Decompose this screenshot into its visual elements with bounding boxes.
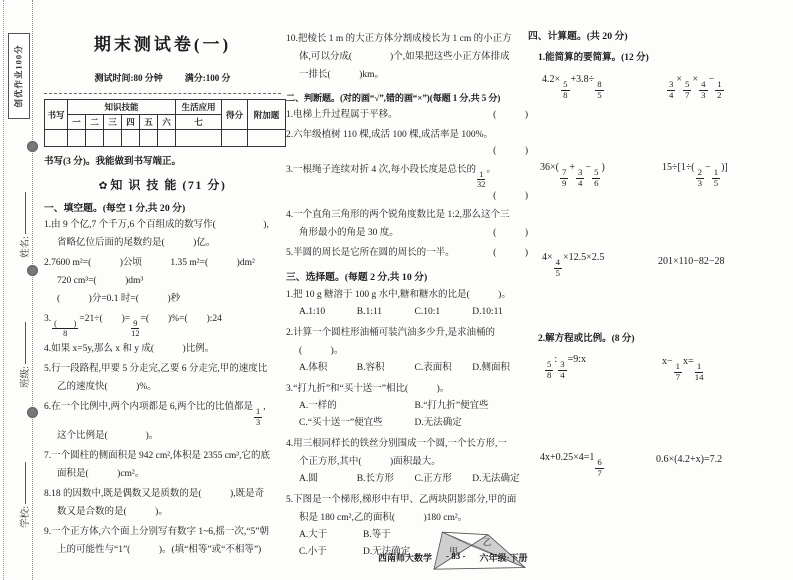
answer-paren: ( ) xyxy=(493,244,528,262)
choice-options: A.圆B.长方形C.正方形D.无法确定 xyxy=(286,471,530,488)
dashed-separator xyxy=(44,93,281,94)
fill-section-heading: 一、填空题。(每空 1 分,共 20 分) xyxy=(44,200,281,214)
judge-item: 1.电梯上升过程属于平移。( ) xyxy=(286,106,530,124)
score-table-handwriting-header: 书写 xyxy=(45,100,68,130)
choice-question: 4.用三根同样长的铁丝分别围成一个圆,一个长方形,一 个正方形,其中( )面积最… xyxy=(286,435,530,471)
answer-paren: ( ) xyxy=(493,224,528,242)
calc-expression: 0.6×(4.2+x)=7.2 xyxy=(656,454,722,465)
school-field-line xyxy=(25,462,26,504)
calc-expression: 4.2×58+3.8÷85 xyxy=(542,74,605,101)
fraction: 23 xyxy=(696,168,704,188)
fraction: 67 xyxy=(595,458,603,478)
calc-section-heading: 四、计算题。(共 20 分) xyxy=(528,28,628,42)
fraction: 132 xyxy=(477,170,485,189)
score-table: 书写 知识技能 生活应用 得分 附加题 一 二 三 四 五 六 七 xyxy=(44,99,286,147)
figure-label-yi: 乙 xyxy=(483,538,491,547)
fraction: 114 xyxy=(695,362,704,382)
calc-expression: 36×(79+34−56) xyxy=(540,162,605,189)
fill-item: 2.7600 m²=( )公顷 1.35 m²=( )dm² 720 cm³=(… xyxy=(44,254,281,308)
trapezoid-figure: 甲乙 xyxy=(429,521,530,577)
score-table-life-header: 生活应用 xyxy=(176,100,222,115)
calc-expression: x−17x=114 xyxy=(662,356,704,383)
fill-item: 3.( )8=21÷( )=912=( )%=( ):24 xyxy=(44,310,281,338)
choice-item: 5.下图是一个梯形,梯形中有甲、乙两块阴影部分,甲的面 积是 180 cm²,乙… xyxy=(286,491,530,577)
judge-item-text: 2.六年级植树 110 棵,成活 100 棵,成活率是 100%。 xyxy=(286,130,493,140)
answer-paren: ( ) xyxy=(493,106,528,124)
choice-options: A.体积B.容积C.表面积D.侧面积 xyxy=(286,360,530,377)
choice-item: 1.把 10 g 糖溶于 100 g 水中,糖和糖水的比是( )。A.1:10B… xyxy=(286,286,530,321)
choice-question: 2.计算一个圆柱形油桶可装汽油多少升,是求油桶的 ( )。 xyxy=(286,324,530,360)
fraction: 57 xyxy=(683,80,691,100)
judge-item: 5.半圆的周长是它所在圆的周长的一半。( ) xyxy=(286,244,530,262)
page-footer: 西南师大数学 - 83 - 六年级·下册 xyxy=(378,551,528,564)
score-table-empty-row xyxy=(45,130,286,147)
fill-item: 8.18 的因数中,既是偶数又是质数的是( ),既是奇 数又是合数的是( )。 xyxy=(44,485,281,521)
fraction: 56 xyxy=(592,168,600,188)
series-label-box: 创优作业100分 xyxy=(8,33,30,119)
binding-line xyxy=(32,0,33,580)
fill-item: 1.由 9 个亿,7 个千万,6 个百组成的数写作( ), 省略亿位后面的尾数约… xyxy=(44,216,281,252)
choice-option: D.侧面积 xyxy=(472,360,530,377)
calc-sub-heading-2: 2.解方程或比例。(8 分) xyxy=(538,330,635,344)
choice-option: A.体积 xyxy=(299,360,357,377)
fraction: ( )8 xyxy=(52,319,78,338)
fraction: 12 xyxy=(715,80,723,100)
choice-option: D.无法确定 xyxy=(415,415,531,432)
skills-section-banner: ✿知 识 技 能 (71 分) xyxy=(44,176,281,193)
fill-item: 6.在一个比例中,两个内项都是 6,两个比的比值都是13, 这个比例是( )。 xyxy=(44,398,281,444)
fraction: 45 xyxy=(554,258,562,278)
choice-option: C.表面积 xyxy=(415,360,473,377)
choice-question: 3.“打九折”和“买十送一”相比( )。 xyxy=(286,380,530,398)
score-table-bonus-header: 附加题 xyxy=(248,100,286,130)
choice-items-list: 1.把 10 g 糖溶于 100 g 水中,糖和糖水的比是( )。A.1:10B… xyxy=(286,286,530,577)
fill-item: 7.一个圆柱的侧面积是 942 cm²,体积是 2355 cm³,它的底 面积是… xyxy=(44,447,281,483)
exam-title: 期末测试卷(一) xyxy=(44,30,281,55)
fraction: 58 xyxy=(561,80,569,100)
score-table-col: 六 xyxy=(158,115,176,130)
calc-expression: 201×110−82−28 xyxy=(658,256,725,267)
fill-items-list: 1.由 9 个亿,7 个千万,6 个百组成的数写作( ), 省略亿位后面的尾数约… xyxy=(44,216,281,559)
calc-expression: 15÷[1÷(23−15)] xyxy=(662,162,728,189)
calc-expression: 34×57×43−12 xyxy=(666,74,725,101)
choice-option: C.正方形 xyxy=(415,471,473,488)
column-left: 期末测试卷(一) 测试时间:80 分钟 满分:100 分 书写 知识技能 生活应… xyxy=(44,28,281,559)
choice-option: C.小于 xyxy=(299,544,363,561)
choice-option: B.等于 xyxy=(363,527,427,544)
class-field-label: 班级: xyxy=(21,366,31,388)
fraction: 15 xyxy=(712,168,720,188)
score-table-skills-header: 知识技能 xyxy=(68,100,176,115)
flower-icon: ✿ xyxy=(99,180,108,192)
footer-book-title: 西南师大数学 xyxy=(378,551,432,564)
score-table-score-header: 得分 xyxy=(222,100,248,130)
score-table-col: 五 xyxy=(140,115,158,130)
school-field: 学校: xyxy=(17,445,31,545)
fraction: 43 xyxy=(699,80,707,100)
handwriting-note: 书写(3 分)。我能做到书写端正。 xyxy=(44,153,281,167)
choice-question: 1.把 10 g 糖溶于 100 g 水中,糖和糖水的比是( )。 xyxy=(286,286,530,304)
score-table-col: 七 xyxy=(176,115,222,130)
judge-item: 3.一根绳子连续对折 4 次,每小段长度是总长的132。 xyxy=(286,161,530,189)
page-edge-line xyxy=(3,0,4,580)
fill-item: 5.行一段路程,甲要 5 分走完,乙要 6 分走完,甲的速度比 乙的速度快( )… xyxy=(44,360,281,396)
fraction: 34 xyxy=(667,80,675,100)
footer-volume: 六年级·下册 xyxy=(480,551,528,564)
fraction: 58 xyxy=(545,360,553,380)
choice-item: 4.用三根同样长的铁丝分别围成一个圆,一个长方形,一 个正方形,其中( )面积最… xyxy=(286,435,530,488)
column-right: 四、计算题。(共 20 分) 1.能简算的要简算。(12 分) 4.2×58+3… xyxy=(528,28,788,568)
choice-option: A.一样的 xyxy=(299,398,415,415)
choice-option: B.1:11 xyxy=(357,304,415,321)
choice-item: 3.“打九折”和“买十送一”相比( )。A.一样的B.“打九折”便宜些C.“买十… xyxy=(286,380,530,432)
judge-item-text: 4.一个直角三角形的两个锐角度数比是 1:2,那么这个三 角形最小的角是 30 … xyxy=(286,210,510,238)
fill-item: 9.一个正方体,六个面上分别写有数字 1~6,摇一次,“5”朝 上的可能性与“1… xyxy=(44,523,281,559)
school-field-label: 学校: xyxy=(21,506,31,528)
score-table-col: 三 xyxy=(104,115,122,130)
judge-section-heading: 二、判断题。(对的画“√”,错的画“×”)(每题 1 分,共 5 分) xyxy=(286,91,530,104)
judge-item-text: 1.电梯上升过程属于平移。 xyxy=(286,110,398,120)
fraction: 79 xyxy=(560,168,568,188)
class-field-line xyxy=(25,322,26,364)
choice-options: A.1:10B.1:11C.10:1D.10:11 xyxy=(286,304,530,321)
choice-option: B.“打九折”便宜些 xyxy=(415,398,531,415)
name-field: 姓名: xyxy=(17,175,31,275)
name-field-line xyxy=(25,192,26,234)
choice-option: B.长方形 xyxy=(357,471,415,488)
fill-item: 10.把棱长 1 m 的大正方体分割成棱长为 1 cm 的小正方 体,可以分成(… xyxy=(286,30,530,84)
answer-paren: ( ) xyxy=(286,144,530,159)
score-table-col: 一 xyxy=(68,115,86,130)
choice-option: C.“买十送一”便宜些 xyxy=(299,415,415,432)
judge-item-text: 5.半圆的周长是它所在圆的周长的一半。 xyxy=(286,248,455,258)
choice-options: A.一样的B.“打九折”便宜些C.“买十送一”便宜些D.无法确定 xyxy=(286,398,530,432)
column-middle: 10.把棱长 1 m 的大正方体分割成棱长为 1 cm 的小正方 体,可以分成(… xyxy=(286,30,530,577)
name-field-label: 姓名: xyxy=(21,236,31,258)
judge-item: 4.一个直角三角形的两个锐角度数比是 1:2,那么这个三 角形最小的角是 30 … xyxy=(286,206,530,242)
choice-option: B.容积 xyxy=(357,360,415,377)
calc-expression: 4x+0.25×4=167 xyxy=(540,452,605,479)
judge-item: 2.六年级植树 110 棵,成活 100 棵,成活率是 100%。 xyxy=(286,126,530,144)
fraction: 34 xyxy=(558,360,566,380)
score-table-col: 二 xyxy=(86,115,104,130)
choice-option: C.10:1 xyxy=(415,304,473,321)
answer-paren: ( ) xyxy=(286,189,530,204)
judge-items-list: 1.电梯上升过程属于平移。( )2.六年级植树 110 棵,成活 100 棵,成… xyxy=(286,106,530,262)
footer-page-number: - 83 - xyxy=(446,551,466,564)
fraction: 912 xyxy=(131,319,139,338)
judge-item-text: 3.一根绳子连续对折 4 次,每小段长度是总长的132。 xyxy=(286,165,496,175)
choice-option: D.10:11 xyxy=(472,304,530,321)
binding-dot-icon xyxy=(27,407,38,418)
choice-section-heading: 三、选择题。(每题 2 分,共 10 分) xyxy=(286,269,530,283)
calc-expression: 58:34=9:x xyxy=(544,354,586,381)
skills-banner-text: 知 识 技 能 (71 分) xyxy=(110,178,226,192)
series-label: 创优作业100分 xyxy=(13,44,25,107)
exam-duration: 测试时间:80 分钟 xyxy=(95,71,163,84)
score-table-col: 四 xyxy=(122,115,140,130)
choice-option: A.1:10 xyxy=(299,304,357,321)
choice-option: D.无法确定 xyxy=(472,471,530,488)
fraction: 13 xyxy=(254,407,262,426)
binding-dot-icon xyxy=(27,141,38,152)
exam-meta: 测试时间:80 分钟 满分:100 分 xyxy=(44,71,281,84)
fraction: 34 xyxy=(576,168,584,188)
class-field: 班级: xyxy=(17,305,31,405)
choice-item: 2.计算一个圆柱形油桶可装汽油多少升,是求油桶的 ( )。A.体积B.容积C.表… xyxy=(286,324,530,377)
calc-sub-heading-1: 1.能简算的要简算。(12 分) xyxy=(538,49,649,63)
fraction: 85 xyxy=(595,80,603,100)
choice-option: A.圆 xyxy=(299,471,357,488)
fraction: 17 xyxy=(674,362,682,382)
choice-option: A.大于 xyxy=(299,527,363,544)
fill-item: 4.如果 x=5y,那么 x 和 y 成( )比例。 xyxy=(44,340,281,358)
exam-full-score: 满分:100 分 xyxy=(185,71,231,84)
calc-expression: 4×45×12.5×2.5 xyxy=(542,252,604,279)
